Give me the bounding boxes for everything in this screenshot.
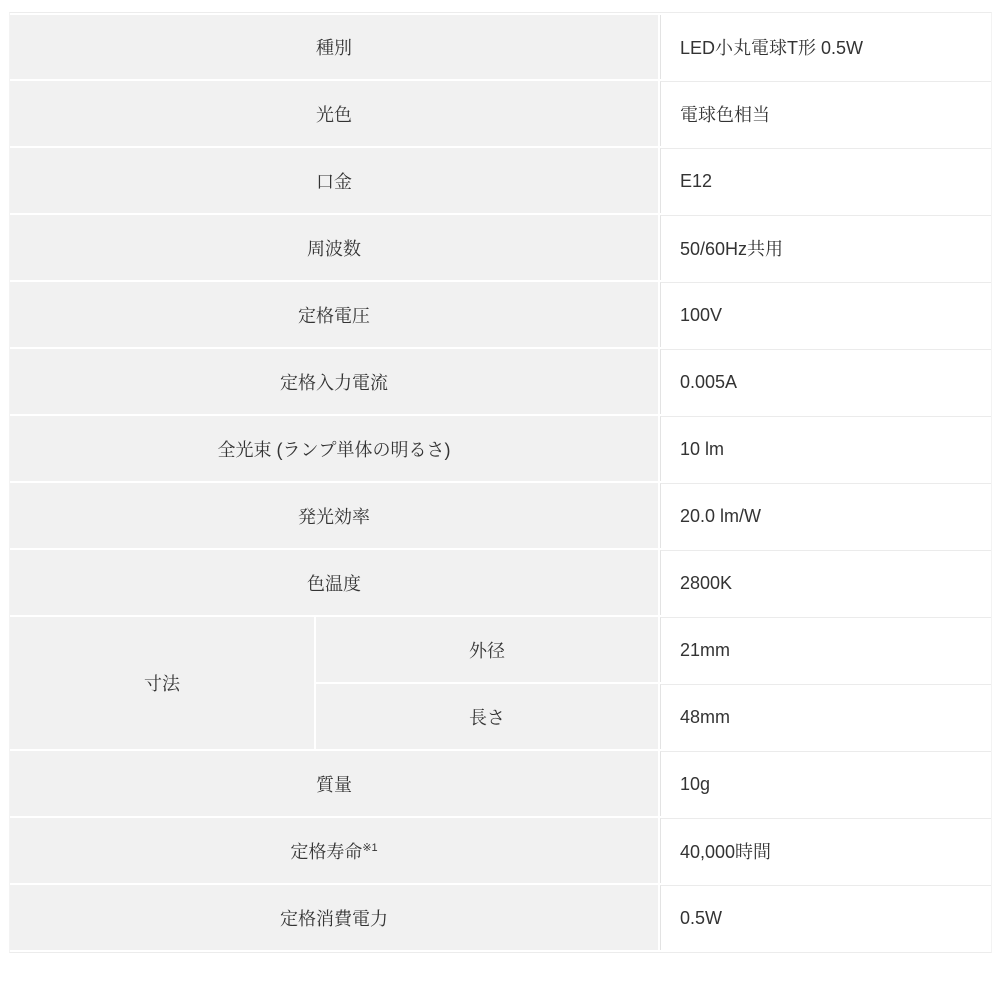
table-row: 種別 LED小丸電球T形 0.5W [10,15,991,79]
spec-value: 2800K [660,550,991,615]
spec-label: 周波数 [10,215,660,280]
table-row: 定格入力電流 0.005A [10,349,991,414]
page: 種別 LED小丸電球T形 0.5W 光色 電球色相当 口金 E12 周波数 50… [0,0,1000,1000]
spec-value: LED小丸電球T形 0.5W [660,15,991,79]
spec-label: 色温度 [10,550,660,615]
table-row-dimensions-outer-diameter: 寸法 外径 21mm [10,617,991,682]
spec-label: 定格入力電流 [10,349,660,414]
spec-value: 48mm [660,684,991,749]
spec-label: 定格電圧 [10,282,660,347]
spec-value: E12 [660,148,991,213]
spec-table: 種別 LED小丸電球T形 0.5W 光色 電球色相当 口金 E12 周波数 50… [9,12,992,953]
table-row: 周波数 50/60Hz共用 [10,215,991,280]
spec-value: 40,000時間 [660,818,991,883]
spec-value: 0.5W [660,885,991,950]
table-row: 定格寿命※1 40,000時間 [10,818,991,883]
spec-label: 質量 [10,751,660,816]
spec-value: 10 lm [660,416,991,481]
spec-label: 発光効率 [10,483,660,548]
spec-label: 種別 [10,15,660,79]
spec-value: 21mm [660,617,991,682]
spec-label: 定格消費電力 [10,885,660,950]
spec-label-rated-life: 定格寿命※1 [10,818,660,883]
table-row: 質量 10g [10,751,991,816]
spec-value: 50/60Hz共用 [660,215,991,280]
spec-label: 全光束 (ランプ単体の明るさ) [10,416,660,481]
table-row: 全光束 (ランプ単体の明るさ) 10 lm [10,416,991,481]
spec-value: 20.0 lm/W [660,483,991,548]
table-row: 光色 電球色相当 [10,81,991,146]
table-row: 発光効率 20.0 lm/W [10,483,991,548]
table-row: 色温度 2800K [10,550,991,615]
table-row: 口金 E12 [10,148,991,213]
table-row: 定格電圧 100V [10,282,991,347]
spec-value: 10g [660,751,991,816]
spec-value: 100V [660,282,991,347]
spec-sublabel: 外径 [316,617,660,682]
spec-value: 0.005A [660,349,991,414]
spec-label-text: 定格寿命 [290,842,362,862]
spec-value: 電球色相当 [660,81,991,146]
table-row: 定格消費電力 0.5W [10,885,991,950]
spec-label-dimensions: 寸法 [10,617,316,749]
spec-sublabel: 長さ [316,684,660,749]
spec-label: 口金 [10,148,660,213]
spec-label: 光色 [10,81,660,146]
footnote-marker: ※1 [362,842,377,854]
